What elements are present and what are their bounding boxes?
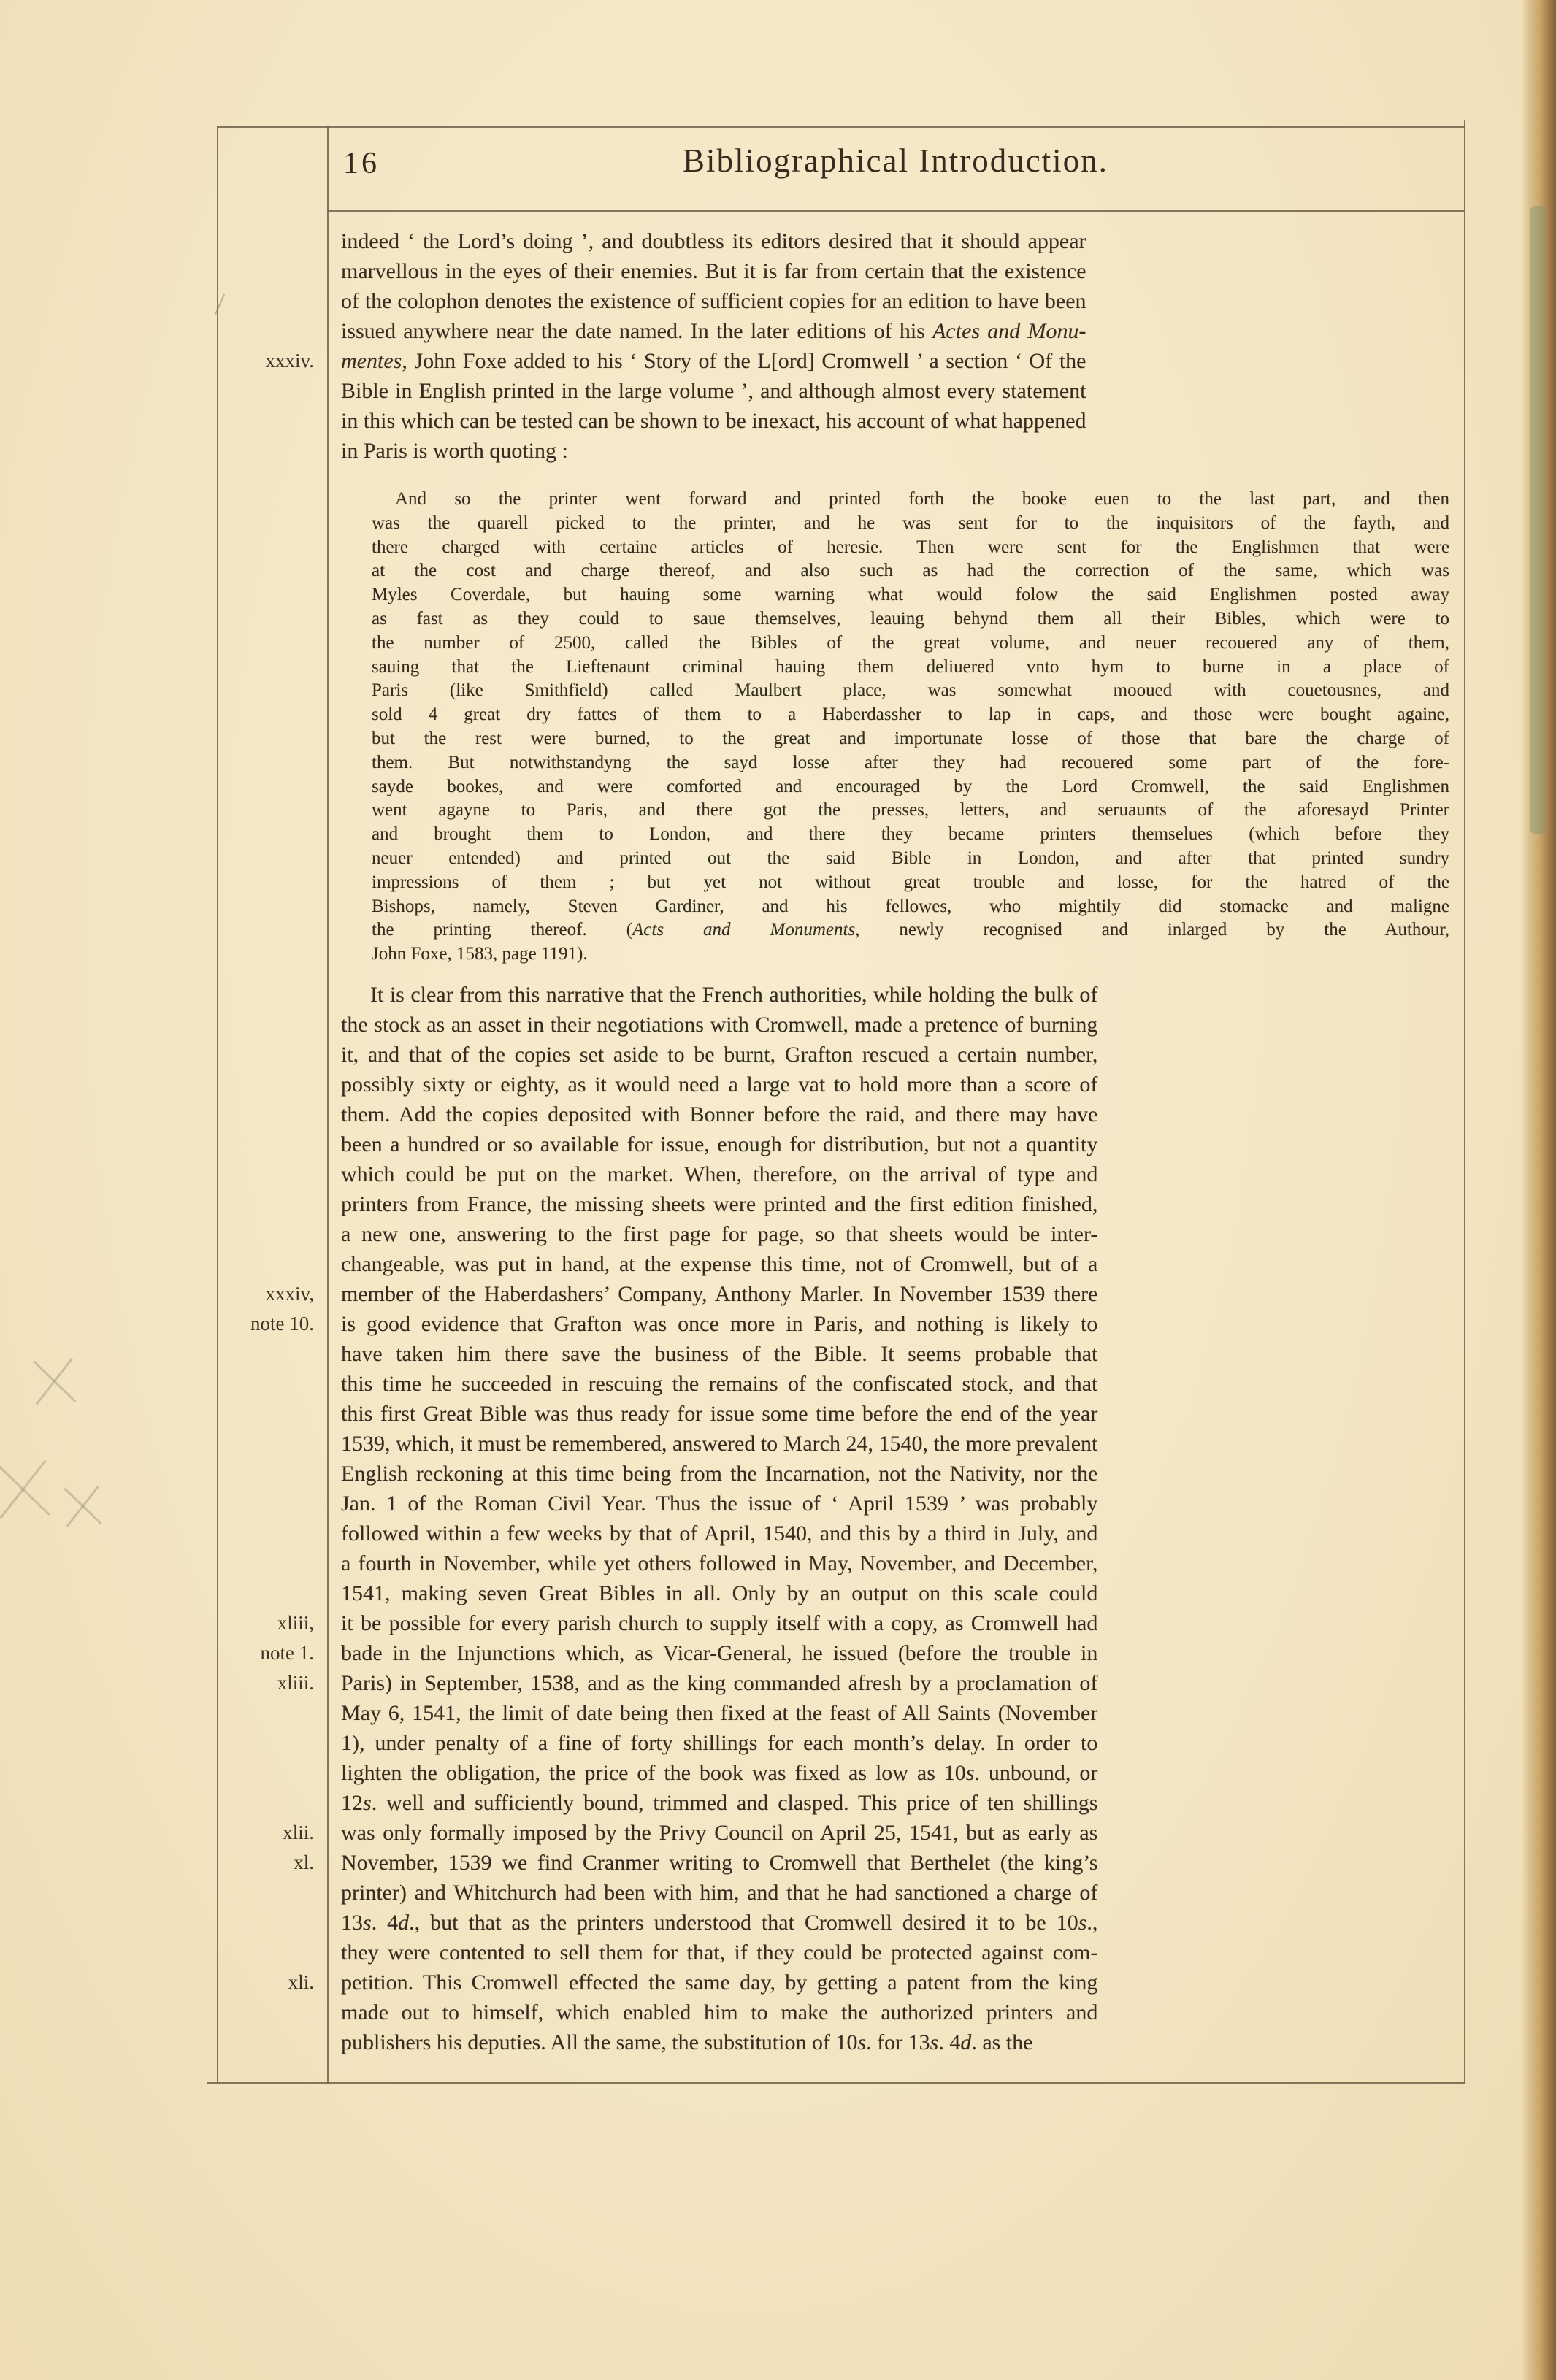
text-line: November, 1539 we find Cranmer writing t… [341, 1848, 1097, 1878]
text-line: as fast as they could to saue themselves… [372, 607, 1449, 632]
text-line: went agayne to Paris, and there got the … [372, 799, 1449, 823]
margin-note: xxxiv. [218, 346, 314, 376]
text-line: Paris) in September, 1538, and as the ki… [341, 1668, 1097, 1698]
margin-note: xlii. [218, 1818, 314, 1848]
text-line: sayde bookes, and were comforted and enc… [372, 775, 1449, 799]
text-line: 1539, which, it must be remembered, answ… [341, 1429, 1097, 1459]
text-line: a new one, answering to the first page f… [341, 1219, 1097, 1249]
text-line: them. Add the copies deposited with Bonn… [341, 1099, 1097, 1129]
text-line: Bishops, namely, Steven Gardiner, and hi… [372, 895, 1449, 919]
text-line: it be possible for every parish church t… [341, 1608, 1097, 1638]
text-line: have taken him there save the business o… [341, 1339, 1097, 1369]
frame-rule-top [217, 126, 1465, 128]
paragraph: indeed ‘ the Lord’s doing ’, and doubtle… [341, 226, 1086, 466]
text-line: made out to himself, which enabled him t… [341, 1997, 1097, 2027]
pencil-mark [53, 1481, 111, 1532]
pencil-mark [20, 1352, 86, 1410]
text-line: printers from France, the missing sheets… [341, 1189, 1097, 1219]
text-line: this first Great Bible was thus ready fo… [341, 1399, 1097, 1429]
frame-rule-right [1464, 120, 1465, 2084]
block-quote: And so the printer went forward and prin… [372, 488, 1449, 967]
text-line: marvellous in the eyes of their enemies.… [341, 256, 1086, 286]
text-line: was only formally imposed by the Privy C… [341, 1818, 1097, 1848]
text-line: was the quarell picked to the printer, a… [372, 512, 1449, 536]
text-line: John Foxe, 1583, page 1191). [372, 943, 1449, 967]
running-header: 16 Bibliographical Introduction. [327, 136, 1464, 199]
text-line: Paris (like Smithfield) called Maulbert … [372, 679, 1449, 703]
text-line: the number of 2500, called the Bibles of… [372, 632, 1449, 656]
text-line: 1541, making seven Great Bibles in all. … [341, 1578, 1097, 1608]
text-line: this time he succeeded in rescuing the r… [341, 1369, 1097, 1399]
text-line: impressions of them ; but yet not withou… [372, 871, 1449, 895]
text-line: the stock as an asset in their negotiati… [341, 1010, 1097, 1040]
header-underline-rule [327, 210, 1465, 212]
text-line: at the cost and charge thereof, and also… [372, 559, 1449, 583]
text-line: Bible in English printed in the large vo… [341, 376, 1086, 406]
text-line: of the colophon denotes the existence of… [341, 286, 1086, 316]
text-line: English reckoning at this time being fro… [341, 1459, 1097, 1489]
text-line: and brought them to London, and there th… [372, 823, 1449, 847]
text-line: sauing that the Lieftenaunt criminal hau… [372, 656, 1449, 680]
frame-rule-margin-divider [327, 126, 329, 2084]
text-line: indeed ‘ the Lord’s doing ’, and doubtle… [341, 226, 1086, 256]
text-line: publishers his deputies. All the same, t… [341, 2027, 1097, 2057]
text-line: been a hundred or so available for issue… [341, 1129, 1097, 1159]
text-line: them. But notwithstandyng the sayd losse… [372, 751, 1449, 775]
paragraph: It is clear from this narrative that the… [341, 980, 1097, 2057]
text-line: bade in the Injunctions which, as Vicar-… [341, 1638, 1097, 1668]
margin-note: xliii, note 1. [218, 1608, 314, 1668]
text-line: there charged with certaine articles of … [372, 536, 1449, 560]
text-line: And so the printer went forward and prin… [372, 488, 1449, 512]
text-line: in Paris is worth quoting : [341, 436, 1086, 466]
text-line: possibly sixty or eighty, as it would ne… [341, 1070, 1097, 1099]
text-line: lighten the obligation, the price of the… [341, 1758, 1097, 1788]
text-line: mentes, John Foxe added to his ‘ Story o… [341, 346, 1086, 376]
margin-note: xxxiv, note 10. [218, 1279, 314, 1339]
text-line: they were contented to sell them for tha… [341, 1938, 1097, 1968]
text-line: 1), under penalty of a fine of forty shi… [341, 1728, 1097, 1758]
text-line: neuer entended) and printed out the said… [372, 847, 1449, 871]
text-line: it, and that of the copies set aside to … [341, 1040, 1097, 1070]
page-title: Bibliographical Introduction. [327, 142, 1464, 180]
text-line: but the rest were burned, to the great a… [372, 727, 1449, 751]
text-line: 12s. well and sufficiently bound, trimme… [341, 1788, 1097, 1818]
margin-note: xli. [218, 1968, 314, 1997]
text-line: It is clear from this narrative that the… [341, 980, 1097, 1010]
text-line: is good evidence that Grafton was once m… [341, 1309, 1097, 1339]
margin-note: xliii. [218, 1668, 314, 1698]
text-line: printer) and Whitchurch had been with hi… [341, 1878, 1097, 1908]
margin-note: xl. [218, 1848, 314, 1878]
text-line: in this which can be tested can be shown… [341, 406, 1086, 436]
text-line: changeable, was put in hand, at the expe… [341, 1249, 1097, 1279]
text-line: a fourth in November, while yet others f… [341, 1548, 1097, 1578]
text-line: member of the Haberdashers’ Company, Ant… [341, 1279, 1097, 1309]
text-line: Myles Coverdale, but hauing some warning… [372, 583, 1449, 607]
text-line: issued anywhere near the date named. In … [341, 316, 1086, 346]
book-fore-edge-green-tint [1530, 206, 1546, 834]
text-line: sold 4 great dry fattes of them to a Hab… [372, 703, 1449, 727]
text-line: May 6, 1541, the limit of date being the… [341, 1698, 1097, 1728]
text-line: 13s. 4d., but that as the printers under… [341, 1908, 1097, 1938]
scanned-book-page: 16 Bibliographical Introduction. xxxiv. … [0, 0, 1556, 2380]
text-line: petition. This Cromwell effected the sam… [341, 1968, 1097, 1997]
frame-rule-left [217, 126, 218, 2084]
text-line: followed within a few weeks by that of A… [341, 1519, 1097, 1548]
frame-rule-bottom [207, 2082, 1465, 2084]
text-line: the printing thereof. (Acts and Monument… [372, 918, 1449, 943]
text-line: Jan. 1 of the Roman Civil Year. Thus the… [341, 1489, 1097, 1519]
text-line: which could be put on the market. When, … [341, 1159, 1097, 1189]
